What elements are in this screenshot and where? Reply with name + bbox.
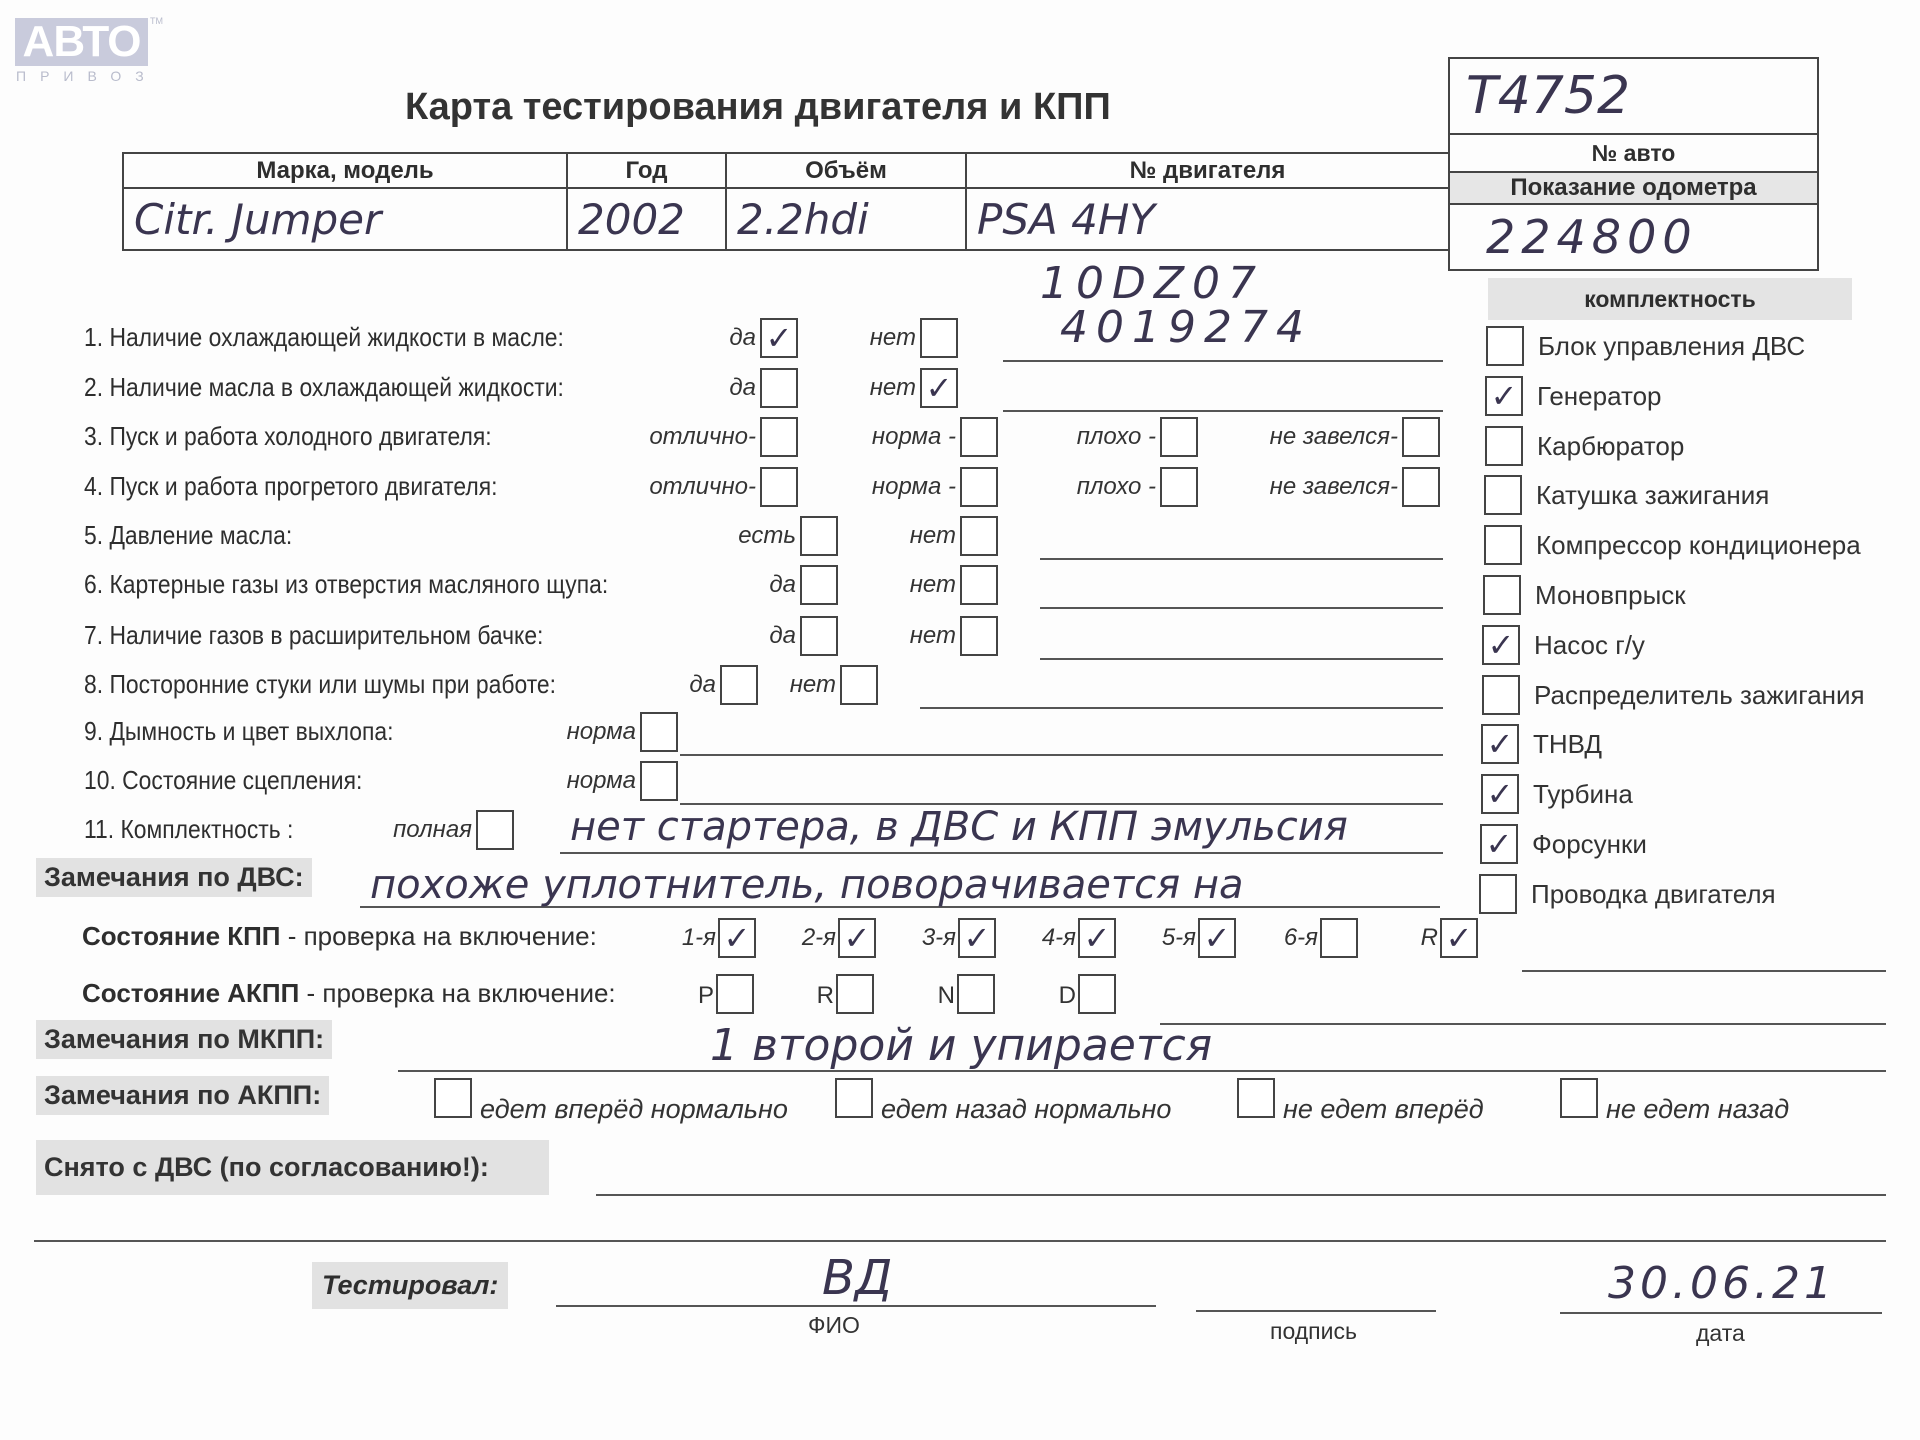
engine-number-extra-2: 4019274 <box>1060 302 1312 353</box>
check-1-line <box>1003 360 1443 362</box>
check-3-checkbox[interactable] <box>760 417 798 457</box>
auto-remark-label: не едет назад <box>1606 1094 1789 1125</box>
check-11-option-label: полная <box>384 816 472 844</box>
kit-item-label: Проводка двигателя <box>1531 879 1776 910</box>
signature-caption: подпись <box>1270 1318 1357 1345</box>
check-10-checkbox[interactable] <box>640 761 678 801</box>
logo-subtitle: ПРИВОЗ <box>16 68 158 84</box>
engine-remarks-label: Замечания по ДВС: <box>36 858 312 897</box>
header-make-model: Марка, модель <box>123 153 567 188</box>
gear-label: R <box>1412 924 1438 952</box>
check-7-checkbox[interactable] <box>960 616 998 656</box>
check-6-line <box>1040 607 1443 609</box>
check-2-checkbox[interactable] <box>760 368 798 408</box>
check-11-label: 11. Комплектность : <box>84 814 293 845</box>
check-7-label: 7. Наличие газов в расширительном бачке: <box>84 620 543 651</box>
kit-checkbox-1[interactable] <box>1486 326 1524 366</box>
header-year: Год <box>567 153 726 188</box>
auto-position-label: P <box>688 982 714 1010</box>
logo-trademark: TM <box>150 16 163 26</box>
check-6-option-label: нет <box>900 571 956 599</box>
kit-checkbox-11[interactable]: ✓ <box>1480 824 1518 864</box>
check-6-checkbox[interactable] <box>960 565 998 605</box>
gears-line <box>1522 970 1886 972</box>
auto-remark-checkbox-2[interactable] <box>835 1078 873 1118</box>
vehicle-number-label: № авто <box>1450 135 1817 173</box>
check-4-checkbox[interactable] <box>960 467 998 507</box>
gear-checkbox-6[interactable] <box>1320 918 1358 958</box>
check-2-line <box>1003 410 1443 412</box>
check-11-note[interactable]: нет стартера, в ДВС и КПП эмульсия <box>570 804 1348 850</box>
check-8-option-label: нет <box>780 671 836 699</box>
check-6-label: 6. Картерные газы из отверстия масляного… <box>84 569 608 600</box>
check-11-line <box>560 852 1443 854</box>
date-caption: дата <box>1696 1320 1745 1347</box>
auto-position-checkbox-2[interactable] <box>836 974 874 1014</box>
kit-item-label: Блок управления ДВС <box>1538 331 1805 362</box>
make-model-field[interactable]: Citr. Jumper <box>123 188 567 250</box>
check-3-option-label: отлично- <box>640 423 756 451</box>
kit-item-label: Распределитель зажигания <box>1534 680 1865 711</box>
gear-checkbox-4[interactable]: ✓ <box>1078 918 1116 958</box>
check-11-checkbox[interactable] <box>476 810 514 850</box>
check-3-option-label: не завелся- <box>1255 423 1398 451</box>
kit-item-label: Генератор <box>1537 381 1662 412</box>
auto-position-label: D <box>1050 982 1076 1010</box>
auto-position-checkbox-4[interactable] <box>1078 974 1116 1014</box>
check-5-checkbox[interactable] <box>800 516 838 556</box>
check-6-checkbox[interactable] <box>800 565 838 605</box>
check-4-checkbox[interactable] <box>1160 467 1198 507</box>
check-3-label: 3. Пуск и работа холодного двигателя: <box>84 421 492 452</box>
kit-item-label: ТНВД <box>1533 729 1602 760</box>
gear-label: 5-я <box>1150 924 1196 952</box>
check-3-option-label: норма - <box>865 423 956 451</box>
manual-gearbox-label-bold: Состояние КПП <box>82 921 281 951</box>
divider-line <box>34 1240 1886 1242</box>
auto-remarks-label: Замечания по АКПП: <box>36 1076 329 1115</box>
check-5-checkbox[interactable] <box>960 516 998 556</box>
car-info-table: Марка, модель Год Объём № двигателя Citr… <box>122 152 1450 251</box>
check-9-option-label: норма <box>555 718 636 746</box>
kit-checkbox-5[interactable] <box>1484 525 1522 565</box>
check-4-option-label: плохо - <box>1068 473 1156 501</box>
vehicle-box: T4752 № авто Показание одометра 224800 <box>1448 57 1819 271</box>
header-engine-number: № двигателя <box>966 153 1449 188</box>
manual-gearbox-label-rest: - проверка на включение: <box>281 921 597 951</box>
name-caption: ФИО <box>808 1312 860 1339</box>
kit-checkbox-9[interactable]: ✓ <box>1481 724 1519 764</box>
check-8-checkbox[interactable] <box>720 665 758 705</box>
kit-header: комплектность <box>1488 278 1852 320</box>
check-4-option-label: не завелся- <box>1255 473 1398 501</box>
logo: АВТО <box>15 18 148 66</box>
auto-positions-line <box>1160 1023 1886 1025</box>
check-3-checkbox[interactable] <box>1160 417 1198 457</box>
tested-by-label: Тестировал: <box>312 1262 508 1309</box>
auto-position-checkbox-1[interactable] <box>716 974 754 1014</box>
check-2-checkbox[interactable]: ✓ <box>920 368 958 408</box>
manual-gearbox-label: Состояние КПП - проверка на включение: <box>82 921 597 952</box>
gear-checkbox-2[interactable]: ✓ <box>838 918 876 958</box>
check-3-checkbox[interactable] <box>1402 417 1440 457</box>
auto-gearbox-label-bold: Состояние АКПП <box>82 978 299 1008</box>
gear-label: 3-я <box>910 924 956 952</box>
date-line <box>1560 1312 1882 1314</box>
check-4-option-label: норма - <box>865 473 956 501</box>
check-7-checkbox[interactable] <box>800 616 838 656</box>
check-7-option-label: нет <box>900 622 956 650</box>
check-8-option-label: да <box>685 671 716 699</box>
check-1-checkbox[interactable] <box>920 318 958 358</box>
check-10-option-label: норма <box>555 767 636 795</box>
check-4-label: 4. Пуск и работа прогретого двигателя: <box>84 471 497 502</box>
check-9-checkbox[interactable] <box>640 712 678 752</box>
page-title: Карта тестирования двигателя и КПП <box>405 86 1111 129</box>
gear-label: 6-я <box>1272 924 1318 952</box>
kit-checkbox-6[interactable] <box>1483 575 1521 615</box>
auto-gearbox-label-rest: - проверка на включение: <box>299 978 615 1008</box>
odometer-label: Показание одометра <box>1450 173 1817 205</box>
manual-remarks-label: Замечания по МКПП: <box>36 1020 332 1059</box>
header-volume: Объём <box>726 153 966 188</box>
kit-checkbox-3[interactable] <box>1485 426 1523 466</box>
kit-item-label: Катушка зажигания <box>1536 480 1769 511</box>
kit-item-label: Форсунки <box>1532 829 1647 860</box>
odometer-field[interactable]: 224800 <box>1450 205 1817 269</box>
auto-remark-checkbox-4[interactable] <box>1560 1078 1598 1118</box>
gear-label: 1-я <box>672 924 716 952</box>
kit-checkbox-8[interactable] <box>1482 675 1520 715</box>
check-2-option-label: да <box>720 374 756 402</box>
check-7-option-label: да <box>765 622 796 650</box>
engine-remarks-field[interactable]: похоже уплотнитель, поворачивается на <box>370 862 1244 908</box>
kit-item-label: Карбюратор <box>1537 431 1684 462</box>
check-5-line <box>1040 558 1443 560</box>
date-field[interactable]: 30.06.21 <box>1608 1258 1836 1309</box>
check-9-line <box>680 754 1443 756</box>
tester-name-field[interactable]: ВД <box>822 1250 892 1306</box>
manual-remarks-field[interactable]: 1 второй и упирается <box>710 1020 1212 1071</box>
check-1-option-label: да <box>720 324 756 352</box>
gear-checkbox-7[interactable]: ✓ <box>1440 918 1478 958</box>
kit-checkbox-2[interactable]: ✓ <box>1485 376 1523 416</box>
auto-remark-label: едет вперёд нормально <box>480 1094 788 1125</box>
check-5-label: 5. Давление масла: <box>84 520 292 551</box>
auto-gearbox-label: Состояние АКПП - проверка на включение: <box>82 978 616 1009</box>
gear-checkbox-1[interactable]: ✓ <box>718 918 756 958</box>
check-6-option-label: да <box>765 571 796 599</box>
kit-item-label: Компрессор кондиционера <box>1536 530 1861 561</box>
volume-field[interactable]: 2.2hdi <box>726 188 966 250</box>
kit-item-label: Турбина <box>1533 779 1633 810</box>
kit-checkbox-4[interactable] <box>1484 475 1522 515</box>
auto-remark-checkbox-3[interactable] <box>1237 1078 1275 1118</box>
gear-checkbox-5[interactable]: ✓ <box>1198 918 1236 958</box>
year-field[interactable]: 2002 <box>567 188 726 250</box>
kit-item-label: Моновпрыск <box>1535 580 1686 611</box>
check-4-checkbox[interactable] <box>1402 467 1440 507</box>
check-1-checkbox[interactable]: ✓ <box>760 318 798 358</box>
kit-checkbox-7[interactable]: ✓ <box>1482 625 1520 665</box>
gear-label: 2-я <box>790 924 836 952</box>
name-line <box>556 1305 1156 1307</box>
kit-checkbox-12[interactable] <box>1479 874 1517 914</box>
removed-label: Снято с ДВС (по согласованию!): <box>36 1140 549 1195</box>
engine-number-field[interactable]: PSA 4HY <box>966 188 1449 250</box>
vehicle-number-field[interactable]: T4752 <box>1450 59 1817 135</box>
check-2-label: 2. Наличие масла в охлаждающей жидкости: <box>84 372 564 403</box>
check-5-option-label: есть <box>730 522 796 550</box>
auto-remark-checkbox-1[interactable] <box>434 1078 472 1118</box>
check-3-option-label: плохо - <box>1068 423 1156 451</box>
check-1-option-label: нет <box>865 324 916 352</box>
check-8-line <box>920 707 1443 709</box>
removed-line <box>596 1194 1886 1196</box>
auto-position-checkbox-3[interactable] <box>957 974 995 1014</box>
gear-label: 4-я <box>1030 924 1076 952</box>
auto-remark-label: не едет вперёд <box>1283 1094 1484 1125</box>
check-3-checkbox[interactable] <box>960 417 998 457</box>
auto-position-label: N <box>930 982 955 1010</box>
auto-position-label: R <box>810 982 834 1010</box>
check-4-checkbox[interactable] <box>760 467 798 507</box>
check-10-label: 10. Состояние сцепления: <box>84 765 362 796</box>
check-8-checkbox[interactable] <box>840 665 878 705</box>
check-2-option-label: нет <box>865 374 916 402</box>
check-5-option-label: нет <box>900 522 956 550</box>
check-9-label: 9. Дымность и цвет выхлопа: <box>84 716 393 747</box>
check-4-option-label: отлично- <box>640 473 756 501</box>
signature-line <box>1196 1310 1436 1312</box>
auto-remark-label: едет назад нормально <box>881 1094 1171 1125</box>
kit-item-label: Насос г/у <box>1534 630 1645 661</box>
gear-checkbox-3[interactable]: ✓ <box>958 918 996 958</box>
check-8-label: 8. Посторонние стуки или шумы при работе… <box>84 669 556 700</box>
check-1-label: 1. Наличие охлаждающей жидкости в масле: <box>84 322 564 353</box>
check-7-line <box>1040 658 1443 660</box>
kit-checkbox-10[interactable]: ✓ <box>1481 774 1519 814</box>
